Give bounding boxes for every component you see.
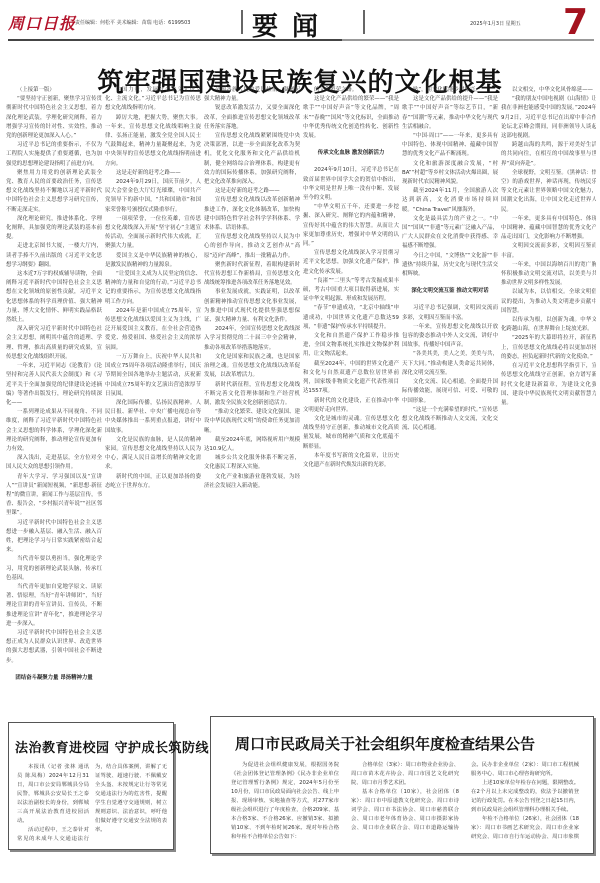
box-body: 为促进社会组织健康发展，根据国务院《社会团体登记管理条例》《民办非企业单位登记管… [231,761,579,847]
paragraph: 文化和旅游深度融合发展，“村BA”“村超”等乡村文体活动火爆出圈，展现新时代农民… [402,160,498,188]
paragraph: 的文化繁荣之路。 [303,86,399,95]
paragraph: 城乡公共文化服务体系不断完善，文化惠民工程深入实施。 [204,454,300,472]
paragraph: 事业发展成就，实践证明，以改革创新精神推动宣传思想文化事业发展，为推进中国式现代… [204,288,300,325]
paragraph: 新时代新征程，宣传思想文化战线不断完善文化管理体制和生产经营机制，激发全民族文化… [204,381,300,409]
paragraph: 习近平总书记的重要指示，不仅为工程院人实施提供了重要遵循，也为加强党的思想理论建… [6,141,102,169]
paragraph: 全球视野，文明互鉴。《黑神话：悟空》的游戏世界，神话再现，传统民乐等文化元素让世… [501,169,596,215]
paragraph: 深入浅出，走进基层，全方位对全国人民大众的思想引领作用。 [6,454,102,472]
paragraph: 一年来，宣传思想文化战线以开放包容的姿态推动中外人文交流，讲好中国故事，传播好中… [402,323,498,351]
paragraph: 本报讯（记者 张林 通讯员 陈凤梅）2024年12月31日，周口市公安局郸城县分… [17,763,89,826]
paragraph: 新时代的文化建设，正在推动中华文明更好走向世界。 [303,397,399,415]
paragraph: 全国各族人民的爱国热情，凝聚起强大精神力量。 [204,86,300,104]
main-article: （上接第一版）“要坚持守正创新，聚焦学习宣传贯彻新时代中国特色社会主义思想，着力… [6,86,596,686]
editor-credits: 责任编辑：何松平 美术编辑：苗瑞 电话：6199503 [75,19,190,26]
paragraph: 2024年，全国宣传思想文化战线深入学习贯彻党的二十届三中全会精神，推动各项改革… [204,325,300,353]
issue-date: 2025年1月3日 星期五 [470,20,521,27]
civil-affairs-announcement-box: 周口市民政局关于社会组织年度检查结果公告 为促进社会组织健康发展，根据国务院《社… [210,716,594,854]
paragraph: 青年大学习、学习强国以及“宣讲人”“宣讲员”新闻短视频，“新思想·新征程”的微宣… [6,473,102,519]
paragraph: 本年度书写新的文化篇章，让历史文化遗产在新时代焕发出新的光彩。 [303,452,399,470]
paragraph: 新时代的中国，正以更加昂扬的姿态屹立于世界东方。 [105,473,201,491]
paragraph: 一年来，更多具有中国特色、体现中国精神、蕴藏中国智慧的优秀文化产品走出国门，文化… [501,215,596,243]
paragraph: 2024年9月10日，习近平总书记在致首届世界中国学大会的贺信中指出，中华文明是… [303,166,399,203]
box-body: 本报讯（记者 张林 通讯员 陈凤梅）2024年12月31日，周口市公安局郸城县分… [17,763,167,845]
paragraph: 深入研究习近平新时代中国特色社会主义思想，阐明其中蕴含的道理、学理、哲理，推出高… [6,325,102,362]
paragraph: 这是走好新的赶考之路—— [204,187,300,196]
paragraph: 2024年是新中国成立75周年，宣传思想文化战线以爱国主义为主线，广泛开展爱国主… [105,307,201,353]
paragraph: 文明因交流而多彩，文明因互鉴而丰富。 [501,242,596,260]
subheading: 团结奋斗凝聚力量 昂扬精神力量 [6,674,102,683]
paragraph: 这是文化产品供给的繁荣——“我是歌手”“中国好声音”等文化品牌，“周末”“春晚”… [303,95,399,141]
paragraph: 文化产业和旅游业蓬勃发展，为经济社会发展注入新动能。 [204,473,300,491]
paragraph: 一年来，中国以海纳百川的宽广胸怀积极推动文明交流对话，以美美与共推动世界文明多样… [501,261,596,289]
paragraph: “各美其美，美人之美，美美与共，天下大同。”推动构建人类命运共同体，深化文明交流… [402,350,498,378]
paragraph: 宣传思想文化战线以改革创新精神推进工作，深化文化体制改革，加快构建中国特色哲学社… [204,196,300,233]
paragraph: “让爱国主义成为人民坚定的信念、精神的力量和自觉的行动。”习近平总书记的重要指示… [105,270,201,307]
paragraph: 习近平新时代中国特色社会主义思想进一步融入基层、融入生活、融入百姓，把理论学习与… [6,519,102,556]
divider [363,10,365,34]
paragraph: 今日之中国，“文博热”“文化游”“非遗热”持续升温，历史文化与现代生活交相辉映。 [402,252,498,280]
paragraph: 中国力量，发展社会主义先进文化、主流文化。”习近平总书记为宣传思想文化战线指明方… [105,86,201,114]
paragraph: 文化是国家和民族之魂，也是国家治理之魂。宣传思想文化战线以改革促发展，以改革增活… [204,353,300,381]
paragraph: “这是一个充满希望的时代。”宣传思想文化战线不断推动人文交流，文化交流、民心相通… [402,406,498,434]
paragraph: 这本近7万字的权威辅导读物，全面阐释习近平新时代中国特色社会主义思想在文化领域的… [6,270,102,325]
article-column-2: 中国力量，发展社会主义先进文化、主流文化。”习近平总书记为宣传思想文化战线指明方… [105,86,201,686]
paragraph: 一万万舞台上，庆祝中华人民共和国成立75周年各项活动隆重举行，国庆节期间全国各地… [105,353,201,399]
paragraph: “推动文化繁荣、建设文化强国、建设中华民族现代文明”的使命任务更加清晰。 [204,408,300,436]
newspaper-logo: 周口日报 [8,11,76,34]
subheading: 传承文化血脉 激发创新活力 [303,149,399,158]
paragraph: “要坚持守正创新，聚焦学习宣传贯彻新时代中国特色社会主义思想，着力深化理论武装，… [6,95,102,141]
paragraph: 截至2024年，中国的世界文化遗产和文化与自然双遗产总数位居世界前列，国家级非物… [303,360,399,397]
paragraph: 2024年9月29日，国庆节前夕，人民大会堂金色大厅灯光璀璨，中国共产党领导下的… [105,178,201,215]
paragraph: 文化和自然遗产保护工作稳步推进，全国文物系统扎实推进文物保护利用，让文物活起来。 [303,332,399,360]
article-column-6: 以文相交，中华文化风骨绵延——“我的朋友中国电视剧《山海情》让我在非洲也能感受中… [501,86,596,686]
paragraph: 以传承为根，以创新为魂。中华文化跨越山海，在世界舞台上绽放光彩。 [501,316,596,334]
paragraph: 截至2024年11月，全国旅游人次达到新高，文化消费市场持续回暖。“China … [402,187,498,215]
paragraph: 这是文化产品供给的提升——“我是歌手”“中国好声音”等综艺节目，“新春”“国潮”… [402,95,498,132]
paragraph: 文化是城市的灵魂。宣传思想文化战线坚持守正创新，推动城市文化高质量发展，城市的精… [303,415,399,452]
paragraph: 这是走好新的赶考之路—— [105,169,201,178]
paragraph: “中华文明五千年，还要进一步挖掘、深入研究、阐释它的内蕴和精神，宣传好其中蕴含的… [303,203,399,249]
paragraph: 跨越山海的共鸣，源于对美好生活的共同向往，在相互的中国故事里与世界“双向奔赴”。 [501,141,596,169]
paragraph: 深化国际传播，弘扬民族精神。人民日报、新华社、中央广播电视总台等中央媒体推出一系… [105,399,201,436]
paragraph: 宣传思想文化战线深入学习贯彻习近平文化思想，加强文化遗产保护，推进文化传承发展。 [303,249,399,277]
paragraph: “2025年的大幕即将拉开，新征程上，宣传思想文化战线必将以更加昂扬的姿态，担负… [501,334,596,362]
paragraph: 走进北京图书大厦，一楼大厅内，读者手捧不久前出版的《习近平文化思想学习纲要》翻阅… [6,242,102,270]
section-title: 要闻 [252,6,332,43]
paragraph: （上接第一版） [6,86,102,95]
paragraph: 聚焦新时代新征程，着眼构建新时代宣传思想工作新格局，宣传思想文化战线统筹推进各项… [204,261,300,289]
paragraph: 以诚为本，以信相交。全球文明倡议的提出，为推动人类文明进步贡献中国智慧。 [501,288,596,316]
paragraph: “中国·周口”——一年来，更多具有中国特色、体现中国精神、蕴藏中国智慧的优秀文化… [402,132,498,160]
paragraph: 宣传思想文化战线坚持以人民为中心的创作导向，推动文艺创作从“高原”迈向“高峰”，… [204,233,300,261]
paragraph: 以文相交，中华文化风骨绵延—— [501,86,596,95]
paragraph: 合格单位（3家）：周口市物业企业协会、周口市苗木花卉协会、周口市园艺文化研究院、… [351,761,459,788]
paragraph: “我的朋友中国电视剧《山海情》让我在非洲也能感受中国的发展。”2024年9月2日… [501,95,596,141]
paragraph: 习近平总书记强调，文明因交流而多彩，文明因互鉴而丰富。 [402,304,498,322]
box-title: 周口市民政局关于社会组织年度检查结果公告 [235,733,600,754]
masthead: 周口日报 责任编辑：何松平 美术编辑：苗瑞 电话：6199503 要闻 2025… [0,0,600,42]
article-column-4: 的文化繁荣之路。这是文化产品供给的繁荣——“我是歌手”“中国好声音”等文化品牌，… [303,86,399,686]
paragraph: 锐意改革激发活力，又要全面深化改革，全面推进宣传思想文化领域改革任务落实落地。 [204,104,300,132]
paragraph: 在习近平文化思想科学指引下，宣传思想文化战线守正创新，奋力谱写新时代文化建设新篇… [501,362,596,408]
paragraph: 文化是民族的血脉，是人民的精神家园。宣传思想文化战线坚持以人民为中心，满足人民日… [105,436,201,473]
paragraph: 当代青年更加自觉地学原文、读原著、悟原理，当好“青年讲师团”，当好理论宣讲的青年… [6,583,102,629]
paragraph: 聚焦用力用党的创新理论武装全党、教育人民的首要政治任务，宣传思想文化战线坚持不懈… [6,169,102,215]
paragraph: 习近平新时代中国特色社会主义思想正成为人民群众认识世界、改造世界的强大思想武器，… [6,629,102,666]
paragraph: “春节”申遗成功，“北京中轴线”申遗成功，中国世界文化遗产总数达59项，“非遗”… [303,304,399,332]
paragraph: 为促进社会组织健康发展，根据国务院《社会团体登记管理条例》《民办非企业单位登记管… [231,761,339,842]
paragraph: 宣传思想文化战线紧紧围绕党中央决策部署，以进一步全面深化改革为契机，优化文化服务… [204,132,300,187]
header-rule [8,39,594,41]
paragraph: 文化交流、民心相通，全面提升国际传播效能，展现可信、可爱、可敬的中国形象。 [402,378,498,406]
paragraph: 一项项荣誉，一位位英雄，宣传思想文化战线深入开展“坚守初心”主题宣传活动，全面展… [105,215,201,252]
article-column-1: （上接第一版）“要坚持守正创新，聚焦学习宣传贯彻新时代中国特色社会主义思想，着力… [6,86,102,686]
legal-education-news-box: 法治教育进校园 守护成长筑防线 本报讯（记者 张林 通讯员 陈凤梅）2024年1… [8,722,174,850]
paragraph: 上述10家单位年检存在问题，限期整改。在2个月以上未完成整改的，依法予以撤销登记… [471,779,579,815]
article-column-5: 贴”，用文化赋能乡村振兴。这是文化产品供给的提升——“我是歌手”“中国好声音”等… [402,86,498,686]
paragraph: 贴”，用文化赋能乡村振兴。 [402,86,498,95]
divider [241,10,243,34]
page-number: 7 [563,2,588,43]
paragraph: 爱国主义是中华民族精神的核心，是激发民族精神的力量源泉。 [105,252,201,270]
paragraph: 踔厉大地，把握大势，聚焦大事。一年来，宣传思想文化战线唱响主旋律、弘扬正能量，激… [105,114,201,169]
box-title: 法治教育进校园 守护成长筑防线 [15,737,209,756]
paragraph: 一年来，习近平同志《论教育》《论坚持和完善人民代表大会制度》和《习近平关于全面加… [6,362,102,408]
paragraph: 一系列理论成果从不同视角、不同维度，阐释了习近平新时代中国特色社会主义思想的科学… [6,408,102,454]
paragraph: 截至2024年底，网络视听用户规模达10.9亿人。 [204,436,300,454]
paragraph: 当代青年要以勇担当，强化理论学习，用党的创新理论武装头脑，传承红色基因。 [6,555,102,583]
paragraph: 文化是最具活力的产业之一。“中国”“国风”“非遗”等元素广泛融入产品，广大人民群… [402,215,498,252]
article-column-3: 全国各族人民的爱国热情，凝聚起强大精神力量。锐意改革激发活力，又要全面深化改革，… [204,86,300,686]
paragraph: “良渚”“二里头”等考古发掘成果丰硕，考古中国重大项目取得新进展，实证中华文明起… [303,277,399,305]
paragraph: 深化理论研究，推进体系化、学理化阐释，具加强党的理论武装的基本前提。 [6,215,102,243]
subheading: 深化文明交流互鉴 推动文明对话 [402,287,498,296]
